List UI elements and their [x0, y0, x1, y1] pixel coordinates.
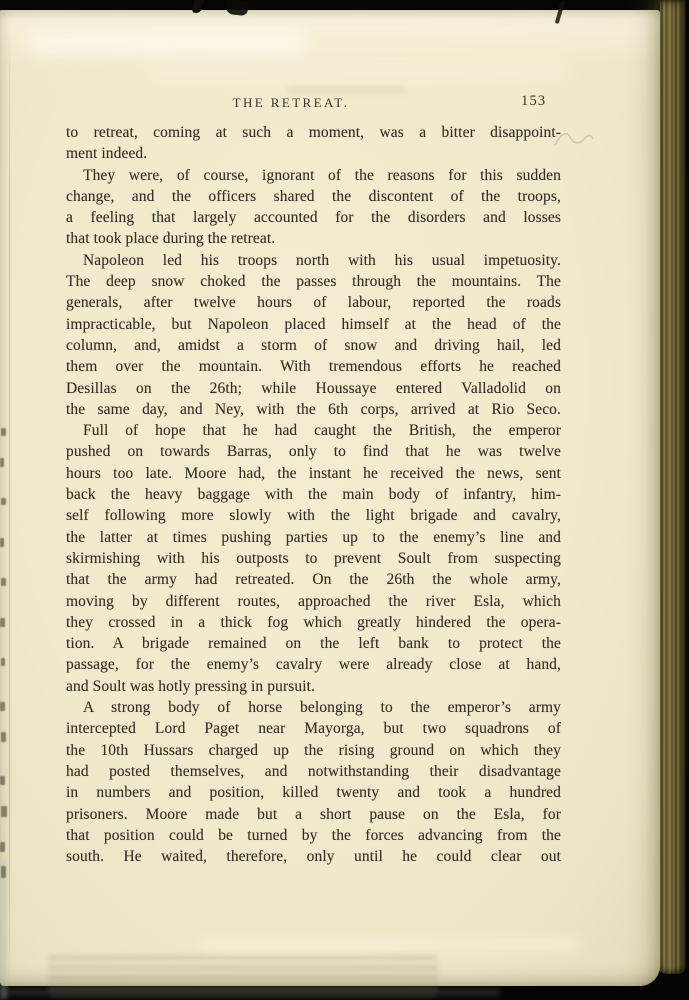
text-line: Full of hope that he had caught the Brit…: [66, 420, 561, 441]
show-through-mark: [0, 458, 4, 467]
show-through-mark: [1, 428, 6, 436]
text-line: tion. A brigade remained on the left ban…: [66, 633, 561, 654]
text-line: a feeling that largely accounted for the…: [66, 207, 561, 228]
show-through-mark: [1, 498, 6, 505]
text-line: that position could be turned by the for…: [66, 825, 561, 846]
text-line: passage, for the enemy’s cavalry were al…: [66, 654, 561, 675]
text-line: change, and the officers shared the disc…: [66, 186, 561, 207]
book-page: THE RETREAT. 153 to retreat, coming at s…: [0, 10, 660, 986]
text-line: back the heavy baggage with the main bod…: [66, 484, 561, 505]
scan-streak-artifact: [200, 936, 580, 952]
text-line: they crossed in a thick fog which greatl…: [66, 612, 561, 633]
text-line: impracticable, but Napoleon placed himse…: [66, 314, 561, 335]
page-edge-tint: [0, 988, 500, 996]
text-line: generals, after twelve hours of labour, …: [66, 292, 561, 313]
show-through-mark: [1, 658, 5, 666]
book-scan: THE RETREAT. 153 to retreat, coming at s…: [0, 0, 689, 1000]
text-line: pushed on towards Barras, only to find t…: [66, 441, 561, 462]
show-through-mark: [0, 776, 5, 785]
text-line: self following more slowly with the ligh…: [66, 505, 561, 526]
text-line: ment indeed.: [66, 143, 561, 164]
text-line: the same day, and Ney, with the 6th corp…: [66, 399, 561, 420]
text-line: hours too late. Moore had, the instant h…: [66, 463, 561, 484]
text-line: south. He waited, therefore, only until …: [66, 846, 561, 867]
body-text: to retreat, coming at such a moment, was…: [66, 122, 561, 867]
page-number: 153: [521, 93, 546, 110]
scan-flare-artifact: [150, 62, 570, 80]
text-line: and Soult was hotly pressing in pursuit.: [66, 676, 561, 697]
text-line: the latter at times pushing parties up t…: [66, 527, 561, 548]
text-line: They were, of course, ignorant of the re…: [66, 165, 561, 186]
text-line: intercepted Lord Paget near Mayorga, but…: [66, 718, 561, 739]
show-through-mark: [0, 842, 5, 852]
text-line: Desillas on the 26th; while Houssaye ent…: [66, 378, 561, 399]
text-line: to retreat, coming at such a moment, was…: [66, 122, 561, 143]
text-line: The deep snow choked the passes through …: [66, 271, 561, 292]
show-through-mark: [0, 702, 5, 711]
show-through-mark: [1, 806, 7, 817]
show-through-mark: [286, 86, 406, 94]
text-line: Napoleon led his troops north with his u…: [66, 250, 561, 271]
show-through-mark: [1, 866, 6, 878]
show-through-mark: [1, 732, 6, 742]
page-crease: [9, 24, 10, 990]
text-line: in numbers and position, killed twenty a…: [66, 782, 561, 803]
page-edge-tint: [0, 860, 7, 1000]
text-line: A strong body of horse belonging to the …: [66, 697, 561, 718]
show-through-mark: [0, 618, 5, 627]
text-line: skirmishing with his outposts to prevent…: [66, 548, 561, 569]
text-line: that the army had retreated. On the 26th…: [66, 569, 561, 590]
text-line: the 10th Hussars charged up the rising g…: [66, 740, 561, 761]
text-line: prisoners. Moore made but a short pause …: [66, 804, 561, 825]
scan-flare-artifact: [28, 30, 308, 56]
text-line: that took place during the retreat.: [66, 228, 561, 249]
text-line: had posted themselves, and notwithstandi…: [66, 761, 561, 782]
show-through-mark: [0, 538, 4, 547]
text-line: them over the mountain. With tremendous …: [66, 356, 561, 377]
running-head-title: THE RETREAT.: [66, 95, 516, 111]
text-line: moving by different routes, approached t…: [66, 591, 561, 612]
text-line: column, and, amidst a storm of snow and …: [66, 335, 561, 356]
show-through-mark: [1, 578, 6, 586]
